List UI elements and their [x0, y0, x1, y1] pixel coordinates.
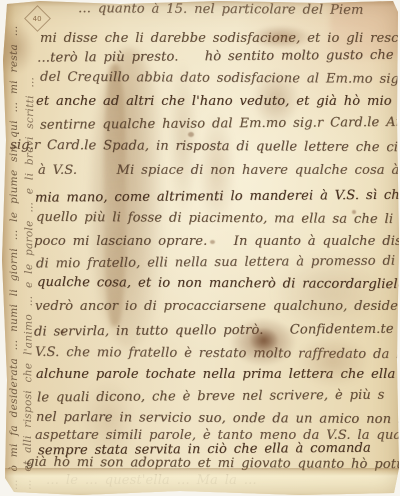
- letter-line: del Crequillo abbia dato sodisfacione al…: [40, 70, 400, 93]
- letter-line: mia mano, come altrimenti lo manderei à …: [35, 187, 400, 210]
- letter-line: alchune parole tochate nella prima lette…: [36, 367, 400, 387]
- letter-line: sentirne qualche haviso dal Em.mo sig.r …: [40, 114, 400, 138]
- letter-line: vedrò ancor io di procacciarsene qualchu…: [35, 299, 400, 319]
- letter-line: …terò la più presto. hò sentito molto gu…: [37, 47, 400, 70]
- letter-line: sig.r Card.le Spada, in risposta di quel…: [10, 138, 400, 160]
- letter-line: qualche cosa, et io non mancherò di racc…: [37, 275, 400, 297]
- letter-line: di servirla, in tutto quello potrò. Conf…: [34, 321, 400, 344]
- letter-line: et anche ad altri che l'hano veduto, et …: [36, 94, 400, 114]
- letter-line: quello più li fosse di piacimento, ma el…: [36, 210, 400, 232]
- letter-line: V.S. che mio fratello è restato molto ra…: [35, 345, 400, 367]
- letter-line: à V.S. Mi spiace di non havere qualche c…: [38, 163, 400, 183]
- torn-edge-top: [0, 0, 400, 7]
- letter-line: poco mi lasciano oprare. In quanto à qua…: [34, 234, 400, 254]
- letter-line: le quali dicono, che è breve nel scriver…: [37, 388, 385, 411]
- letter-line: di mio fratello, elli nella sua lettera …: [36, 254, 395, 277]
- letter-line: … le … quest'ella … Ma la …: [46, 473, 257, 493]
- letter-body: … quanto à 15. nel particolare del Piem …: [40, 0, 400, 496]
- manuscript-paper: 40 … ò mi fa desiderata … numi li giorni…: [0, 0, 400, 496]
- torn-edge-left: [0, 0, 15, 496]
